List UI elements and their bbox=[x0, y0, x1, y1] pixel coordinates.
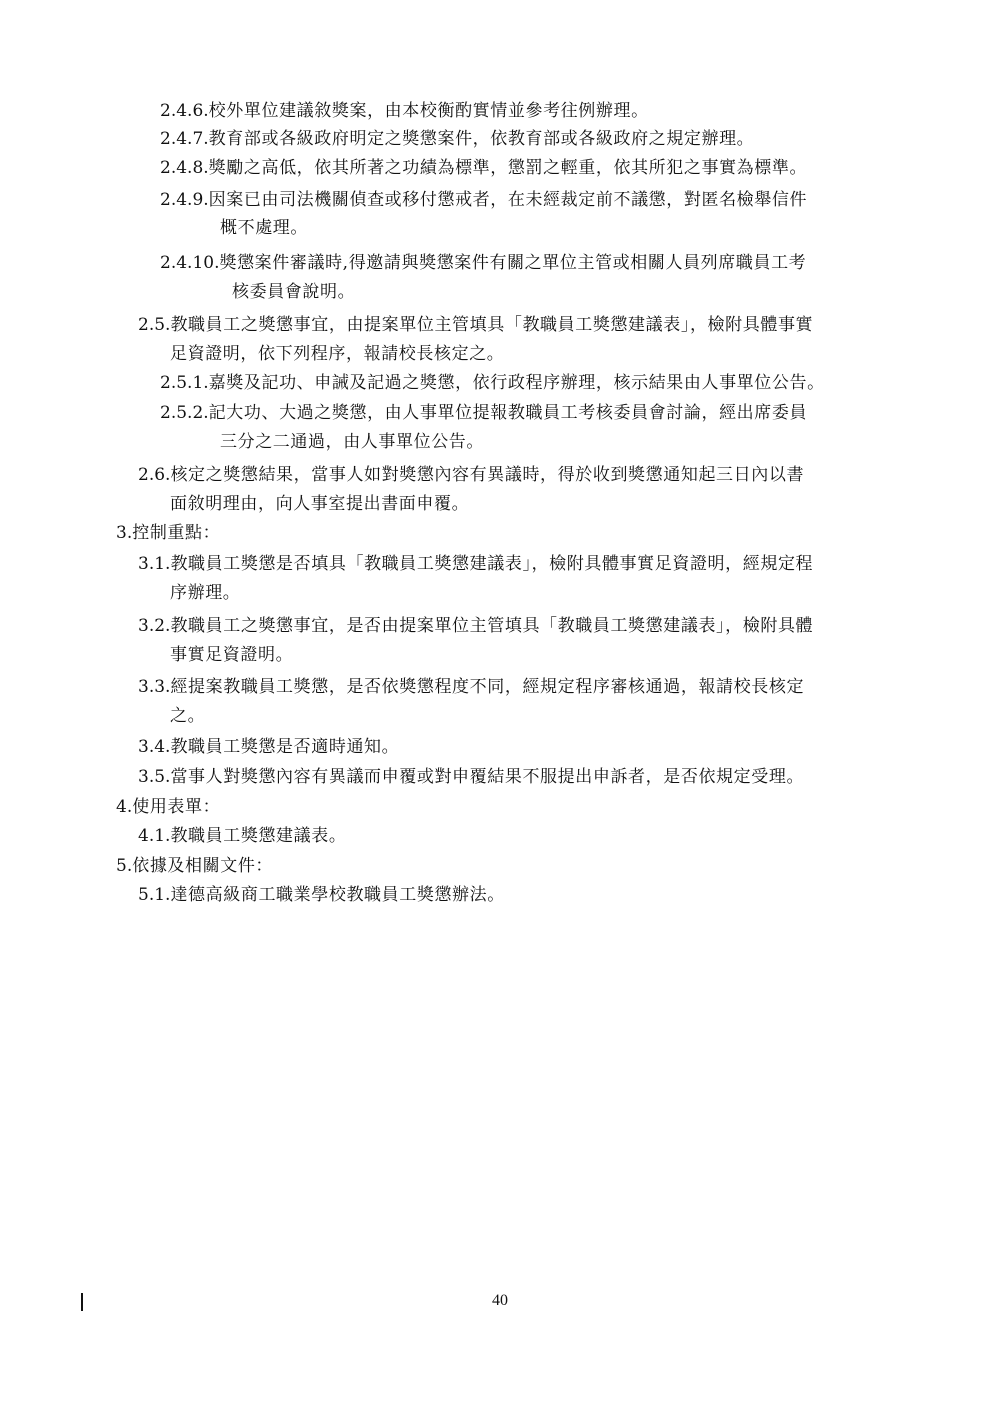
item-number: 5.1. bbox=[138, 885, 170, 905]
item-number: 2.4.7. bbox=[160, 129, 209, 149]
section-title: 依據及相關文件： bbox=[132, 856, 273, 876]
item-2-4-8: 2.4.8.獎勵之高低，依其所著之功績為標準，懲罰之輕重，依其所犯之事實為標準。 bbox=[160, 157, 807, 179]
item-number: 2.6. bbox=[138, 465, 170, 485]
item-number: 2.4.6. bbox=[160, 101, 209, 121]
item-text: 經提案教職員工獎懲，是否依獎懲程度不同，經規定程序審核通過，報請校長核定 bbox=[170, 677, 804, 697]
document-page: 2.4.6.校外單位建議敘獎案，由本校衡酌實情並參考往例辦理。 2.4.7.教育… bbox=[0, 0, 1000, 1415]
item-2-5-2: 2.5.2.記大功、大過之獎懲，由人事單位提報教職員工考核委員會討論，經出席委員 bbox=[160, 402, 807, 424]
section-3-heading: 3.控制重點： bbox=[116, 522, 220, 544]
item-2-5-2-continuation: 三分之二通過，由人事單位公告。 bbox=[220, 431, 484, 453]
revision-margin-bar bbox=[81, 1293, 83, 1311]
section-number: 4. bbox=[116, 797, 132, 817]
item-2-4-9: 2.4.9.因案已由司法機關偵查或移付懲戒者，在未經裁定前不議懲，對匿名檢舉信件 bbox=[160, 189, 807, 211]
item-3-2-continuation: 事實足資證明。 bbox=[170, 644, 293, 666]
item-3-4: 3.4.教職員工獎懲是否適時通知。 bbox=[138, 736, 399, 758]
item-2-4-10: 2.4.10.獎懲案件審議時,得邀請與獎懲案件有關之單位主管或相關人員列席職員工… bbox=[160, 252, 806, 274]
item-3-5: 3.5.當事人對獎懲內容有異議而申覆或對申覆結果不服提出申訴者，是否依規定受理。 bbox=[138, 766, 804, 788]
item-number: 2.5. bbox=[138, 315, 170, 335]
item-number: 4.1. bbox=[138, 826, 170, 846]
item-2-6-continuation: 面敘明理由，向人事室提出書面申覆。 bbox=[170, 493, 469, 515]
item-5-1: 5.1.達德高級商工職業學校教職員工獎懲辦法。 bbox=[138, 884, 505, 906]
item-number: 3.3. bbox=[138, 677, 170, 697]
item-3-1: 3.1.教職員工獎懲是否填具「教職員工獎懲建議表」，檢附具體事實足資證明，經規定… bbox=[138, 553, 813, 575]
item-text: 教職員工之獎懲事宜，是否由提案單位主管填具「教職員工獎懲建議表」，檢附具體 bbox=[170, 616, 813, 636]
item-3-2: 3.2.教職員工之獎懲事宜，是否由提案單位主管填具「教職員工獎懲建議表」，檢附具… bbox=[138, 615, 813, 637]
item-2-4-6: 2.4.6.校外單位建議敘獎案，由本校衡酌實情並參考往例辦理。 bbox=[160, 100, 649, 122]
item-text: 教育部或各級政府明定之獎懲案件，依教育部或各級政府之規定辦理。 bbox=[209, 129, 755, 149]
section-title: 控制重點： bbox=[132, 523, 220, 543]
item-2-5: 2.5.教職員工之獎懲事宜，由提案單位主管填具「教職員工獎懲建議表」，檢附具體事… bbox=[138, 314, 813, 336]
item-2-4-7: 2.4.7.教育部或各級政府明定之獎懲案件，依教育部或各級政府之規定辦理。 bbox=[160, 128, 754, 150]
section-5-heading: 5.依據及相關文件： bbox=[116, 855, 273, 877]
item-number: 2.4.10. bbox=[160, 253, 219, 273]
item-text: 教職員工獎懲是否適時通知。 bbox=[170, 737, 399, 757]
item-3-3: 3.3.經提案教職員工獎懲，是否依獎懲程度不同，經規定程序審核通過，報請校長核定 bbox=[138, 676, 804, 698]
item-number: 2.4.8. bbox=[160, 158, 209, 178]
item-number: 3.2. bbox=[138, 616, 170, 636]
item-3-1-continuation: 序辦理。 bbox=[170, 582, 240, 604]
item-2-5-1: 2.5.1.嘉獎及記功、申誡及記過之獎懲，依行政程序辦理，核示結果由人事單位公告… bbox=[160, 372, 825, 394]
item-text: 獎勵之高低，依其所著之功績為標準，懲罰之輕重，依其所犯之事實為標準。 bbox=[209, 158, 807, 178]
item-2-4-10-continuation: 核委員會說明。 bbox=[232, 281, 355, 303]
item-number: 3.5. bbox=[138, 767, 170, 787]
item-text: 當事人對獎懲內容有異議而申覆或對申覆結果不服提出申訴者，是否依規定受理。 bbox=[170, 767, 804, 787]
item-text: 記大功、大過之獎懲，由人事單位提報教職員工考核委員會討論，經出席委員 bbox=[209, 403, 807, 423]
item-text: 教職員工獎懲是否填具「教職員工獎懲建議表」，檢附具體事實足資證明，經規定程 bbox=[170, 554, 813, 574]
item-3-3-continuation: 之。 bbox=[170, 705, 205, 727]
item-text: 獎懲案件審議時,得邀請與獎懲案件有關之單位主管或相關人員列席職員工考 bbox=[219, 253, 806, 273]
item-4-1: 4.1.教職員工獎懲建議表。 bbox=[138, 825, 346, 847]
item-text: 嘉獎及記功、申誡及記過之獎懲，依行政程序辦理，核示結果由人事單位公告。 bbox=[209, 373, 825, 393]
section-number: 5. bbox=[116, 856, 132, 876]
item-text: 教職員工獎懲建議表。 bbox=[170, 826, 346, 846]
item-number: 2.4.9. bbox=[160, 190, 209, 210]
item-2-4-9-continuation: 概不處理。 bbox=[220, 217, 308, 239]
item-number: 3.4. bbox=[138, 737, 170, 757]
item-text: 因案已由司法機關偵查或移付懲戒者，在未經裁定前不議懲，對匿名檢舉信件 bbox=[209, 190, 807, 210]
page-number: 40 bbox=[492, 1292, 508, 1310]
item-number: 3.1. bbox=[138, 554, 170, 574]
item-text: 核定之獎懲結果，當事人如對獎懲內容有異議時，得於收到獎懲通知起三日內以書 bbox=[170, 465, 804, 485]
item-number: 2.5.2. bbox=[160, 403, 209, 423]
item-text: 教職員工之獎懲事宜，由提案單位主管填具「教職員工獎懲建議表」，檢附具體事實 bbox=[170, 315, 813, 335]
section-title: 使用表單： bbox=[132, 797, 220, 817]
item-2-6: 2.6.核定之獎懲結果，當事人如對獎懲內容有異議時，得於收到獎懲通知起三日內以書 bbox=[138, 464, 804, 486]
section-number: 3. bbox=[116, 523, 132, 543]
item-number: 2.5.1. bbox=[160, 373, 209, 393]
item-2-5-continuation: 足資證明，依下列程序，報請校長核定之。 bbox=[170, 343, 504, 365]
section-4-heading: 4.使用表單： bbox=[116, 796, 220, 818]
item-text: 達德高級商工職業學校教職員工獎懲辦法。 bbox=[170, 885, 504, 905]
item-text: 校外單位建議敘獎案，由本校衡酌實情並參考往例辦理。 bbox=[209, 101, 649, 121]
